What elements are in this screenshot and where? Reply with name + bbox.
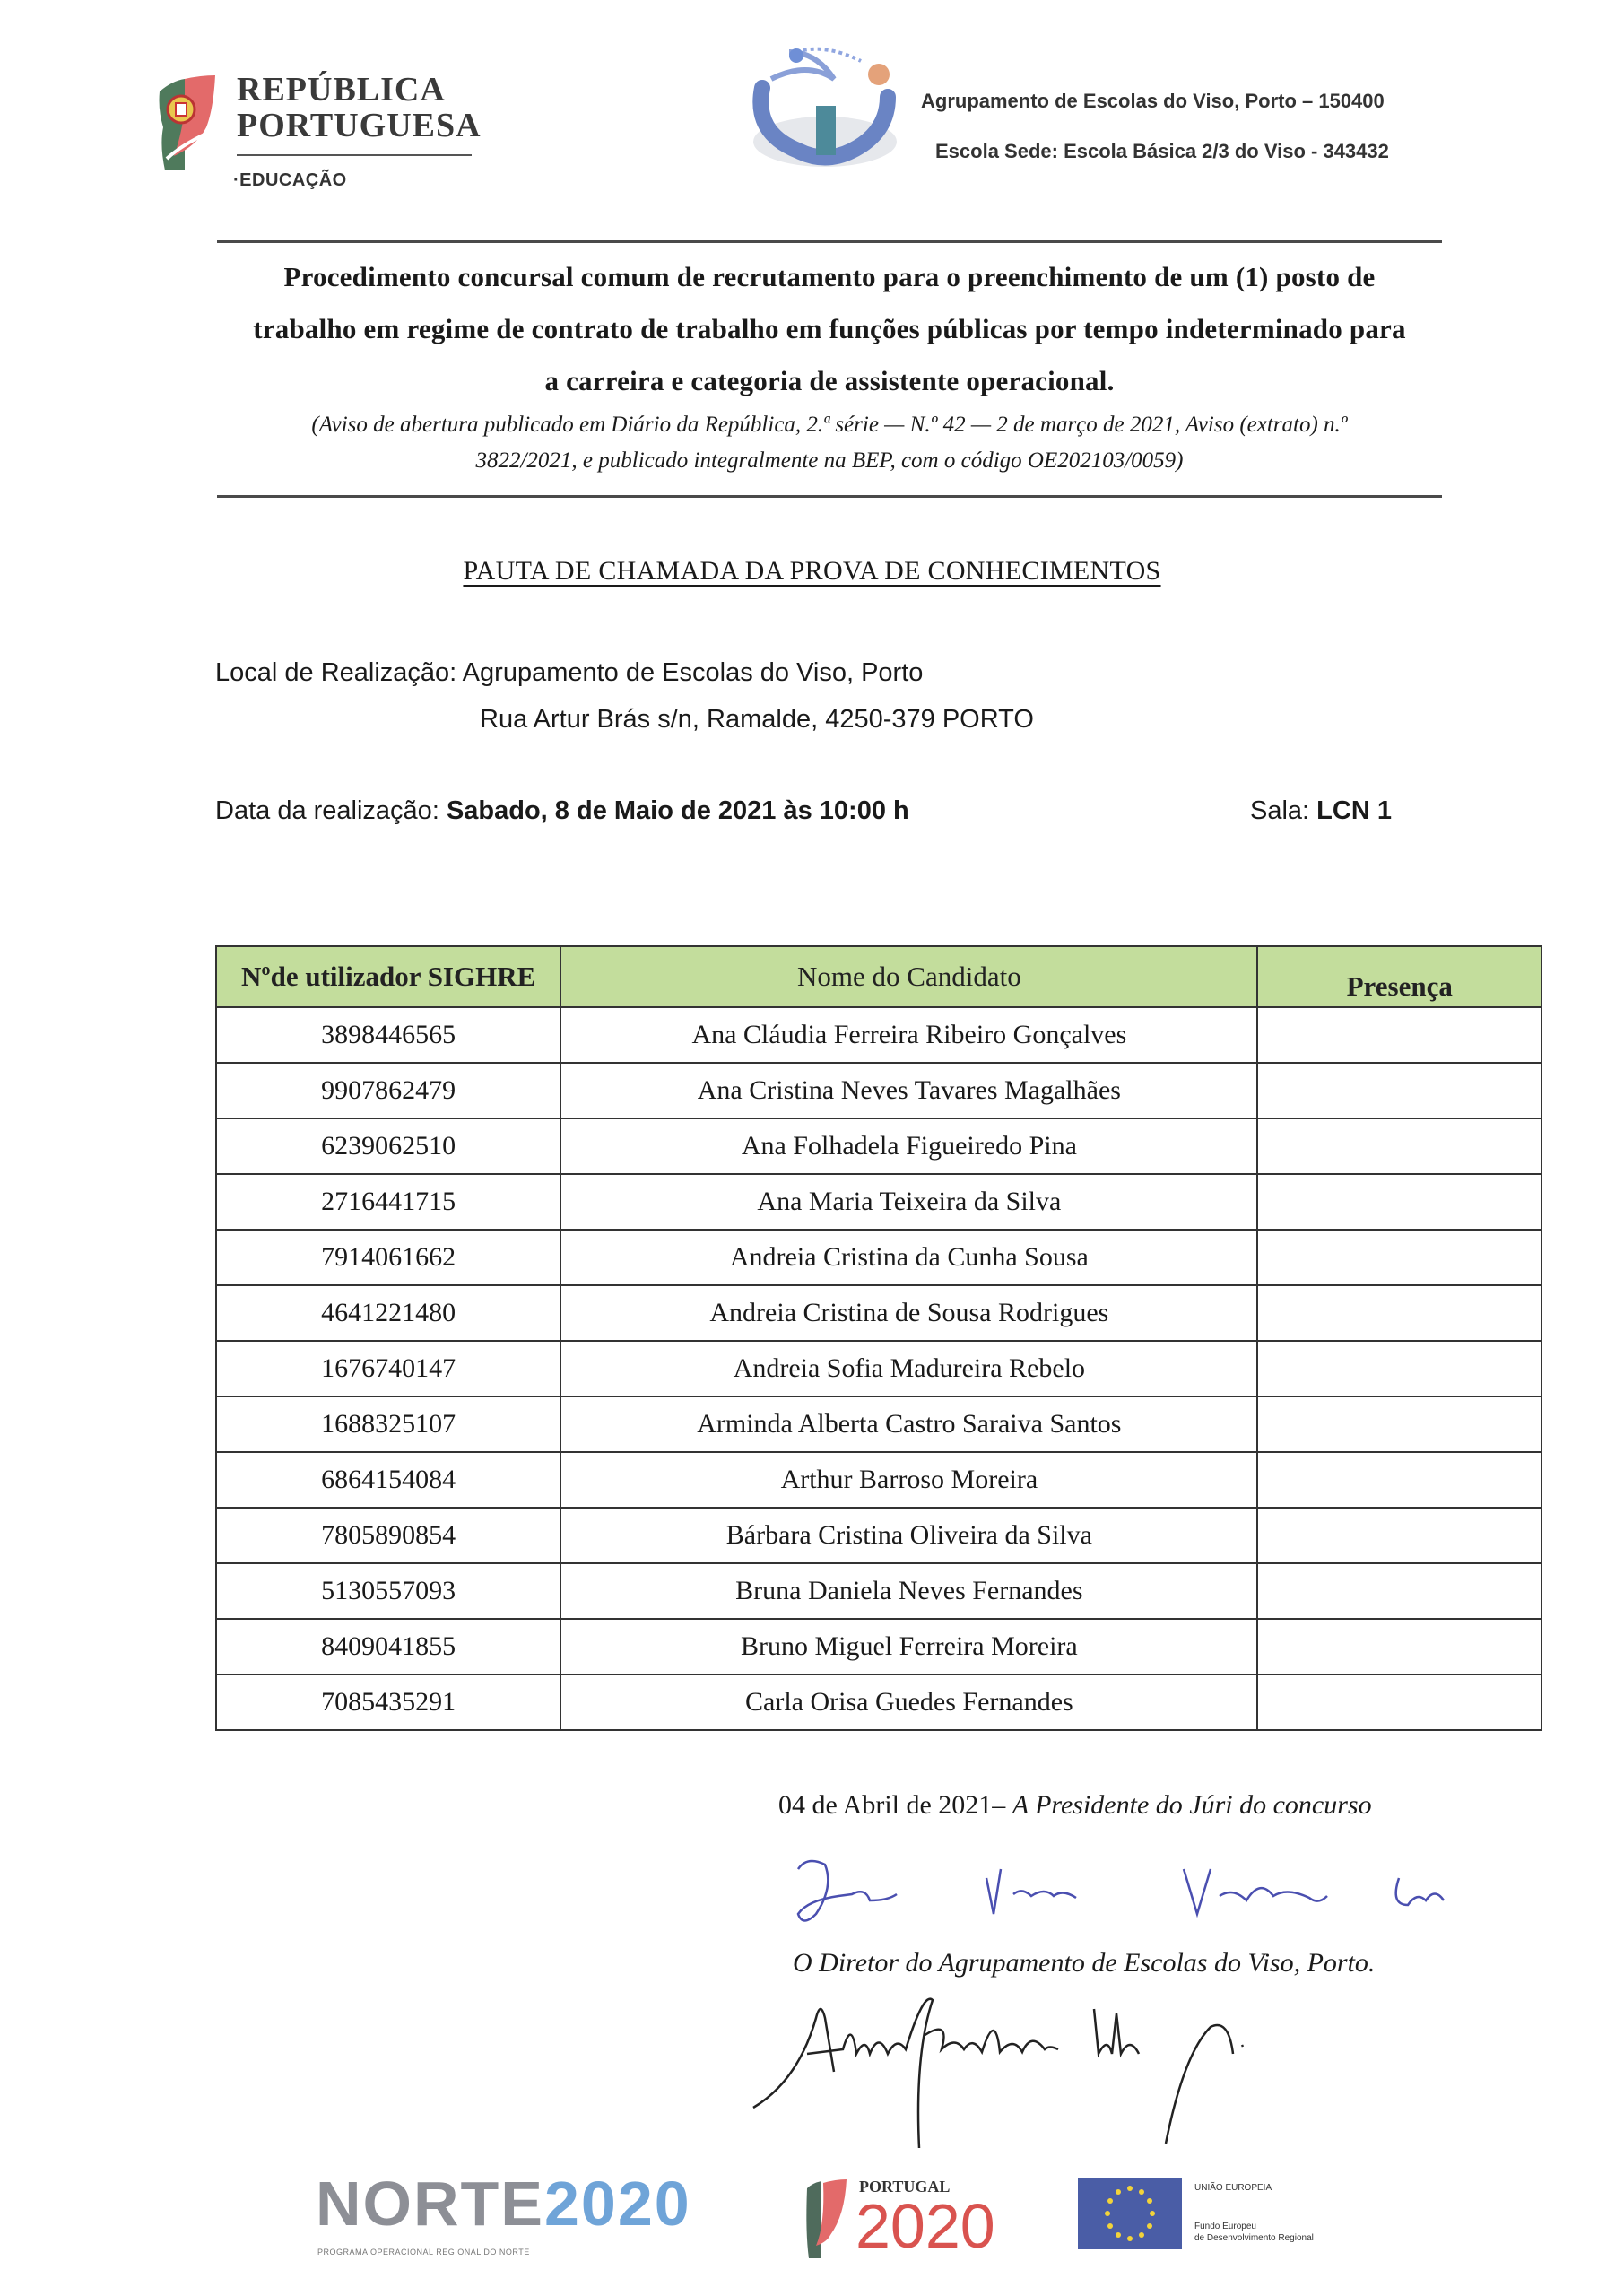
column-header-presence: Presença: [1257, 946, 1541, 1007]
candidate-id: 7914061662: [216, 1230, 560, 1285]
candidate-id: 5130557093: [216, 1563, 560, 1619]
candidate-id: 1676740147: [216, 1341, 560, 1396]
portugal-flag-icon: [803, 2179, 848, 2260]
document-heading: PAUTA DE CHAMADA DA PROVA DE CONHECIMENT…: [0, 556, 1624, 587]
president-role: A Presidente do Júri do concurso: [1012, 1790, 1372, 1820]
presence-cell[interactable]: [1257, 1508, 1541, 1563]
republica-portuguesa-logo: REPÚBLICA PORTUGUESA ·EDUCAÇÃO: [154, 65, 468, 199]
candidate-name: Arthur Barroso Moreira: [560, 1452, 1257, 1508]
presence-cell[interactable]: [1257, 1563, 1541, 1619]
presence-cell[interactable]: [1257, 1285, 1541, 1341]
eu-title: UNIÃO EUROPEIA: [1194, 2183, 1272, 2193]
procedure-title: Procedimento concursal comum de recrutam…: [212, 251, 1447, 479]
candidate-name: Bruno Miguel Ferreira Moreira: [560, 1619, 1257, 1674]
candidate-id: 7805890854: [216, 1508, 560, 1563]
portuguese-flag-icon: [154, 74, 219, 172]
table-row: 5130557093Bruna Daniela Neves Fernandes: [216, 1563, 1541, 1619]
header-divider: [217, 240, 1442, 243]
presence-cell[interactable]: [1257, 1396, 1541, 1452]
presence-cell[interactable]: [1257, 1063, 1541, 1118]
title-line: a carreira e categoria de assistente ope…: [212, 355, 1447, 407]
table-row: 7085435291Carla Orisa Guedes Fernandes: [216, 1674, 1541, 1730]
republica-portuguesa-text: REPÚBLICA PORTUGUESA: [237, 72, 482, 143]
title-divider: [217, 495, 1442, 498]
table-header-row: Nºde utilizador SIGHRE Nome do Candidato…: [216, 946, 1541, 1007]
table-row: 2716441715Ana Maria Teixeira da Silva: [216, 1174, 1541, 1230]
signature-date-line: 04 de Abril de 2021– A Presidente do Júr…: [778, 1790, 1372, 1821]
logo-divider: [237, 154, 472, 156]
table-row: 1676740147Andreia Sofia Madureira Rebelo: [216, 1341, 1541, 1396]
presence-cell[interactable]: [1257, 1118, 1541, 1174]
presence-cell[interactable]: [1257, 1619, 1541, 1674]
candidate-id: 6239062510: [216, 1118, 560, 1174]
eu-logo: UNIÃO EUROPEIA Fundo Europeu de Desenvol…: [1078, 2178, 1437, 2249]
eu-flag-icon: [1078, 2178, 1182, 2249]
exam-room-value: LCN 1: [1316, 796, 1392, 825]
table-row: 6864154084Arthur Barroso Moreira: [216, 1452, 1541, 1508]
candidate-name: Ana Cláudia Ferreira Ribeiro Gonçalves: [560, 1007, 1257, 1063]
table-row: 3898446565Ana Cláudia Ferreira Ribeiro G…: [216, 1007, 1541, 1063]
school-emblem-icon: [735, 43, 915, 178]
venue-label: Local de Realização: Agrupamento de Esco…: [215, 658, 923, 688]
table-row: 9907862479Ana Cristina Neves Tavares Mag…: [216, 1063, 1541, 1118]
candidates-table-body: 3898446565Ana Cláudia Ferreira Ribeiro G…: [216, 1007, 1541, 1730]
president-signature-icon: [789, 1851, 1471, 1932]
title-line: Procedimento concursal comum de recrutam…: [212, 251, 1447, 303]
presence-cell[interactable]: [1257, 1007, 1541, 1063]
norte2020-logo: NORTE2020 PROGRAMA OPERACIONAL REGIONAL …: [316, 2170, 764, 2260]
exam-room: Sala: LCN 1: [1250, 796, 1392, 826]
candidate-id: 2716441715: [216, 1174, 560, 1230]
candidate-name: Bruna Daniela Neves Fernandes: [560, 1563, 1257, 1619]
candidate-name: Ana Maria Teixeira da Silva: [560, 1174, 1257, 1230]
table-row: 4641221480Andreia Cristina de Sousa Rodr…: [216, 1285, 1541, 1341]
table-row: 7805890854Bárbara Cristina Oliveira da S…: [216, 1508, 1541, 1563]
presence-cell[interactable]: [1257, 1174, 1541, 1230]
table-row: 8409041855Bruno Miguel Ferreira Moreira: [216, 1619, 1541, 1674]
candidate-id: 3898446565: [216, 1007, 560, 1063]
candidate-name: Bárbara Cristina Oliveira da Silva: [560, 1508, 1257, 1563]
presence-cell[interactable]: [1257, 1674, 1541, 1730]
school-headquarters: Escola Sede: Escola Básica 2/3 do Viso -…: [935, 140, 1389, 163]
presence-cell[interactable]: [1257, 1341, 1541, 1396]
publication-reference: (Aviso de abertura publicado em Diário d…: [212, 407, 1447, 443]
title-line: trabalho em regime de contrato de trabal…: [212, 303, 1447, 355]
candidate-id: 6864154084: [216, 1452, 560, 1508]
candidate-name: Arminda Alberta Castro Saraiva Santos: [560, 1396, 1257, 1452]
table-row: 6239062510Ana Folhadela Figueiredo Pina: [216, 1118, 1541, 1174]
candidate-id: 1688325107: [216, 1396, 560, 1452]
table-row: 7914061662Andreia Cristina da Cunha Sous…: [216, 1230, 1541, 1285]
director-role: O Diretor do Agrupamento de Escolas do V…: [793, 1948, 1375, 1979]
portugal2020-logo: PORTUGAL 2020: [803, 2170, 1037, 2260]
candidate-name: Andreia Sofia Madureira Rebelo: [560, 1341, 1257, 1396]
portugal2020-year: 2020: [855, 2190, 995, 2262]
candidate-name: Carla Orisa Guedes Fernandes: [560, 1674, 1257, 1730]
candidate-name: Ana Cristina Neves Tavares Magalhães: [560, 1063, 1257, 1118]
school-name: Agrupamento de Escolas do Viso, Porto – …: [921, 90, 1385, 113]
eu-fund: Fundo Europeu de Desenvolvimento Regiona…: [1194, 2221, 1314, 2244]
candidates-table: Nºde utilizador SIGHRE Nome do Candidato…: [215, 945, 1542, 1731]
publication-reference: 3822/2021, e publicado integralmente na …: [212, 443, 1447, 479]
exam-date-value: Sabado, 8 de Maio de 2021 às 10:00 h: [447, 796, 909, 825]
candidate-name: Andreia Cristina da Cunha Sousa: [560, 1230, 1257, 1285]
column-header-id: Nºde utilizador SIGHRE: [216, 946, 560, 1007]
director-signature-icon: [744, 1982, 1390, 2152]
table-row: 1688325107Arminda Alberta Castro Saraiva…: [216, 1396, 1541, 1452]
candidate-name: Andreia Cristina de Sousa Rodrigues: [560, 1285, 1257, 1341]
column-header-name: Nome do Candidato: [560, 946, 1257, 1007]
candidate-id: 4641221480: [216, 1285, 560, 1341]
candidate-name: Ana Folhadela Figueiredo Pina: [560, 1118, 1257, 1174]
presence-cell[interactable]: [1257, 1230, 1541, 1285]
candidate-id: 7085435291: [216, 1674, 560, 1730]
norte2020-year: 2020: [544, 2169, 691, 2239]
presence-cell[interactable]: [1257, 1452, 1541, 1508]
exam-date: Data da realização: Sabado, 8 de Maio de…: [215, 796, 909, 826]
candidate-id: 9907862479: [216, 1063, 560, 1118]
venue-address: Rua Artur Brás s/n, Ramalde, 4250-379 PO…: [480, 705, 1034, 735]
norte2020-subtitle: PROGRAMA OPERACIONAL REGIONAL DO NORTE: [317, 2248, 530, 2257]
ministry-label: ·EDUCAÇÃO: [233, 170, 347, 191]
candidate-id: 8409041855: [216, 1619, 560, 1674]
